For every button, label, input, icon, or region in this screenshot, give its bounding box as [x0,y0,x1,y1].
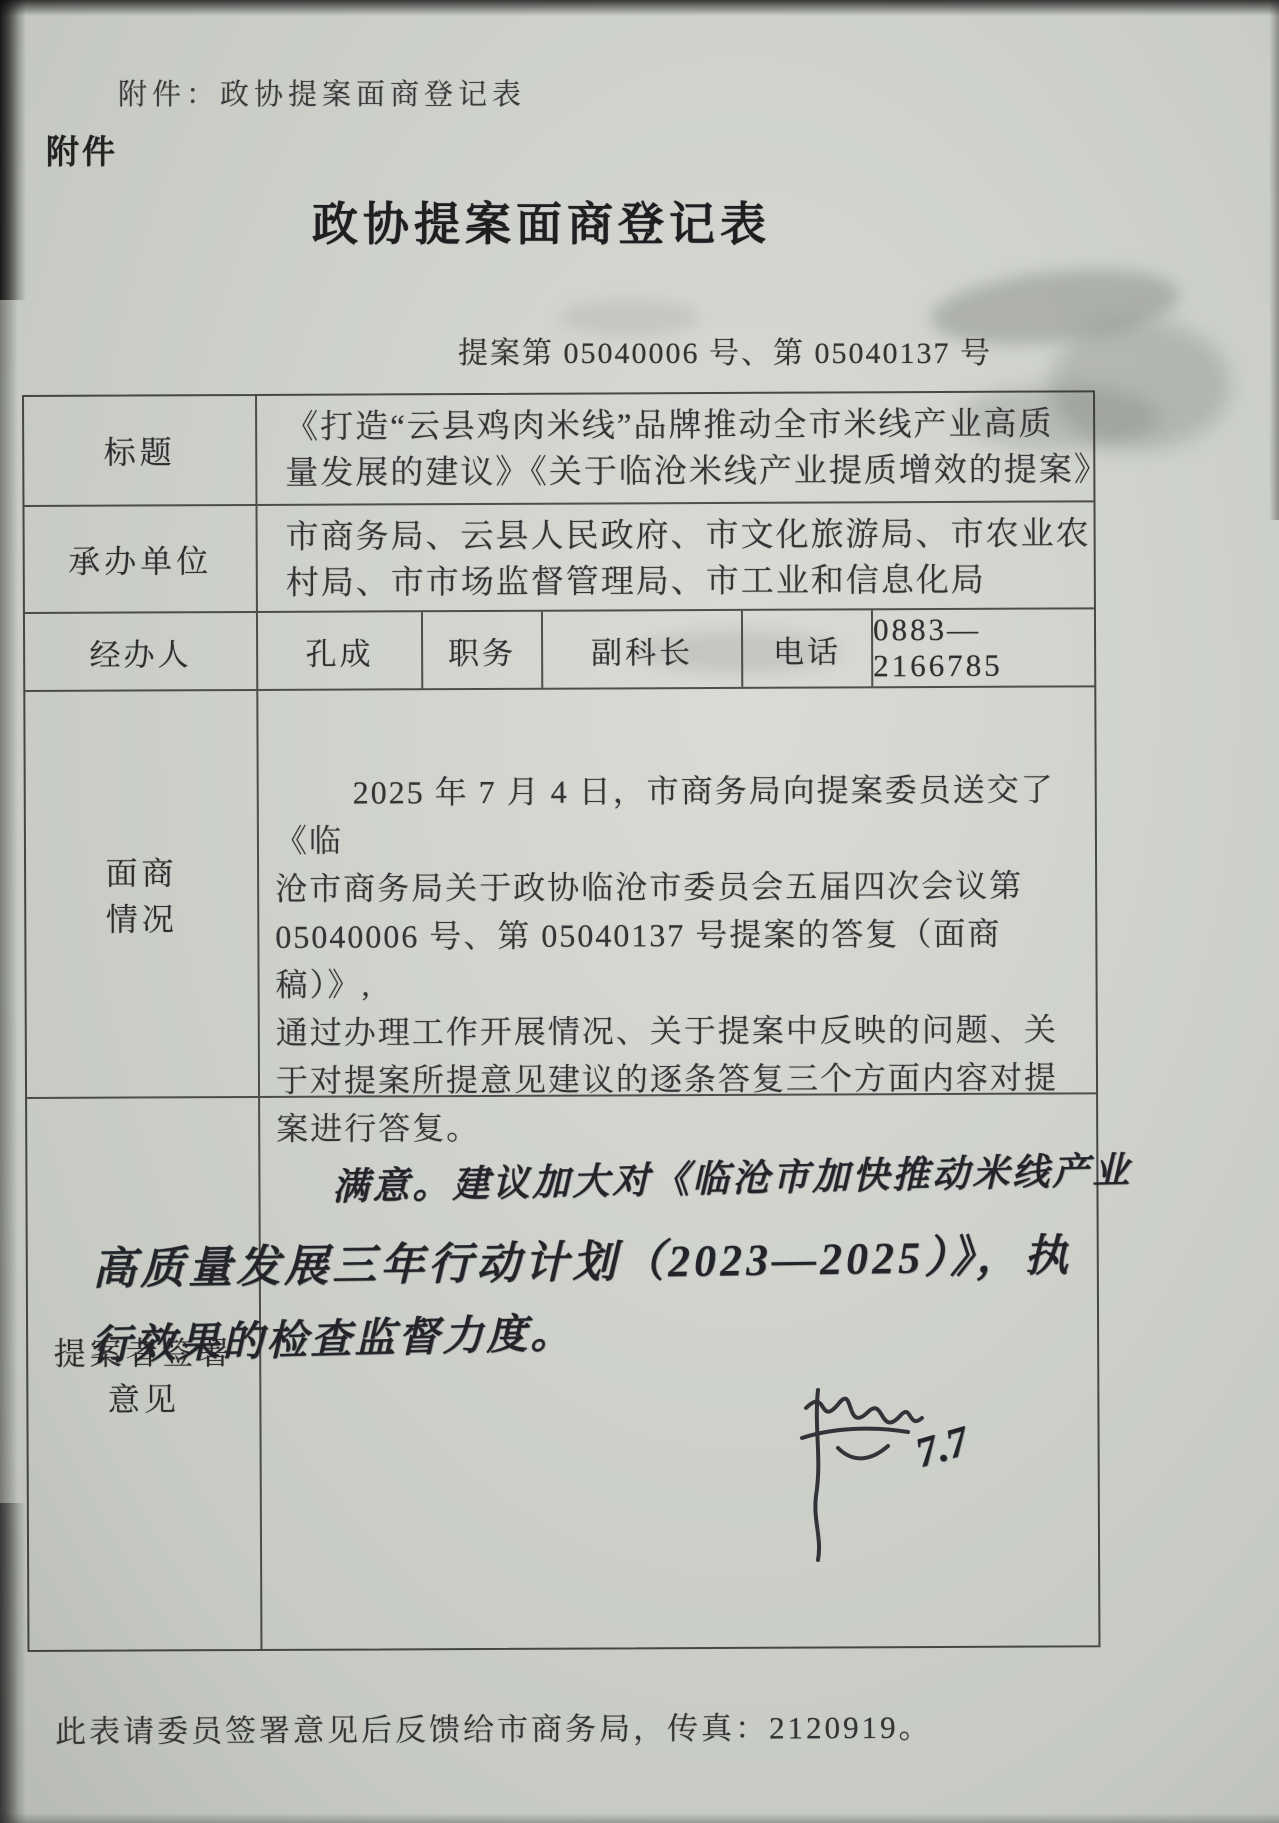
scan-edge-right [1269,0,1279,520]
handwritten-opinion-line: 高质量发展三年行动计划（2023—2025）》，执 [92,1219,1073,1297]
discussion-label-line: 情况 [106,894,178,940]
scan-edge-left [0,0,18,1823]
phone-label: 电话 [743,610,873,687]
attachment-label: 附件 [46,126,118,173]
scan-edge-left-bottom [0,1503,26,1823]
proposal-title-line: 量发展的建议》《关于临沧米线产业提质增效的提案》 [285,447,1093,497]
position-value: 副科长 [543,611,743,688]
scan-edge-bottom [0,1813,1279,1823]
undertaker-units-line: 市商务局、云县人民政府、市文化旅游局、市农业农 [286,511,1094,561]
attachment-reference: 附件：政协提案面商登记表 [118,72,526,113]
proposal-title-cell: 《打造“云县鸡肉米线”品牌推动全市米线产业高质 量发展的建议》《关于临沧米线产业… [257,392,1093,504]
discussion-line: 2025 年 7 月 4 日，市商务局向提案委员送交了《临 [275,765,1081,865]
position-label: 职务 [423,612,543,689]
proposal-title-line: 《打造“云县鸡肉米线”品牌推动全市米线产业高质 [285,401,1093,451]
table-row-title: 标题 《打造“云县鸡肉米线”品牌推动全市米线产业高质 量发展的建议》《关于临沧米… [24,392,1093,507]
discussion-line: 通过办理工作开展情况、关于提案中反映的问题、关 [276,1005,1082,1057]
row-label-title: 标题 [24,396,257,505]
form-title: 政协提案面商登记表 [312,188,771,254]
scanned-form-page: 附件：政协提案面商登记表 附件 政协提案面商登记表 提案第 05040006 号… [0,0,1279,1823]
proposal-numbers: 提案第 05040006 号、第 05040137 号 [458,328,992,372]
row-label-discussion: 面商 情况 [25,691,260,1097]
row-label-signature: 提案者签署 意见 [27,1098,262,1650]
discussion-line: 沧市商务局关于政协临沧市委员会五届四次会议第 [275,861,1081,913]
signature-label-line: 意见 [108,1374,180,1420]
table-row-undertaker: 承办单位 市商务局、云县人民政府、市文化旅游局、市农业农 村局、市市场监督管理局… [24,502,1093,614]
phone-value: 0883—2166785 [873,609,1094,686]
handler-name: 孔成 [258,612,423,689]
undertaker-units-cell: 市商务局、云县人民政府、市文化旅游局、市农业农 村局、市市场监督管理局、市工业和… [257,502,1093,611]
row-label-handler: 经办人 [25,613,258,690]
table-row-handler: 经办人 孔成 职务 副科长 电话 0883—2166785 [25,609,1094,692]
scan-edge-left-top [0,0,26,300]
row-label-undertaker: 承办单位 [24,506,257,612]
footer-note: 此表请委员签署意见后反馈给市商务局，传真：2120919。 [55,1702,933,1752]
discussion-label-line: 面商 [105,848,177,894]
discussion-text-cell: 2025 年 7 月 4 日，市商务局向提案委员送交了《临 沧市商务局关于政协临… [258,687,1096,1096]
discussion-line: 05040006 号、第 05040137 号提案的答复（面商稿）》, [275,909,1081,1009]
undertaker-units-line: 村局、市市场监督管理局、市工业和信息化局 [286,557,1094,607]
table-row-discussion: 面商 情况 2025 年 7 月 4 日，市商务局向提案委员送交了《临 沧市商务… [25,687,1096,1099]
scan-edge-top [0,0,1279,16]
